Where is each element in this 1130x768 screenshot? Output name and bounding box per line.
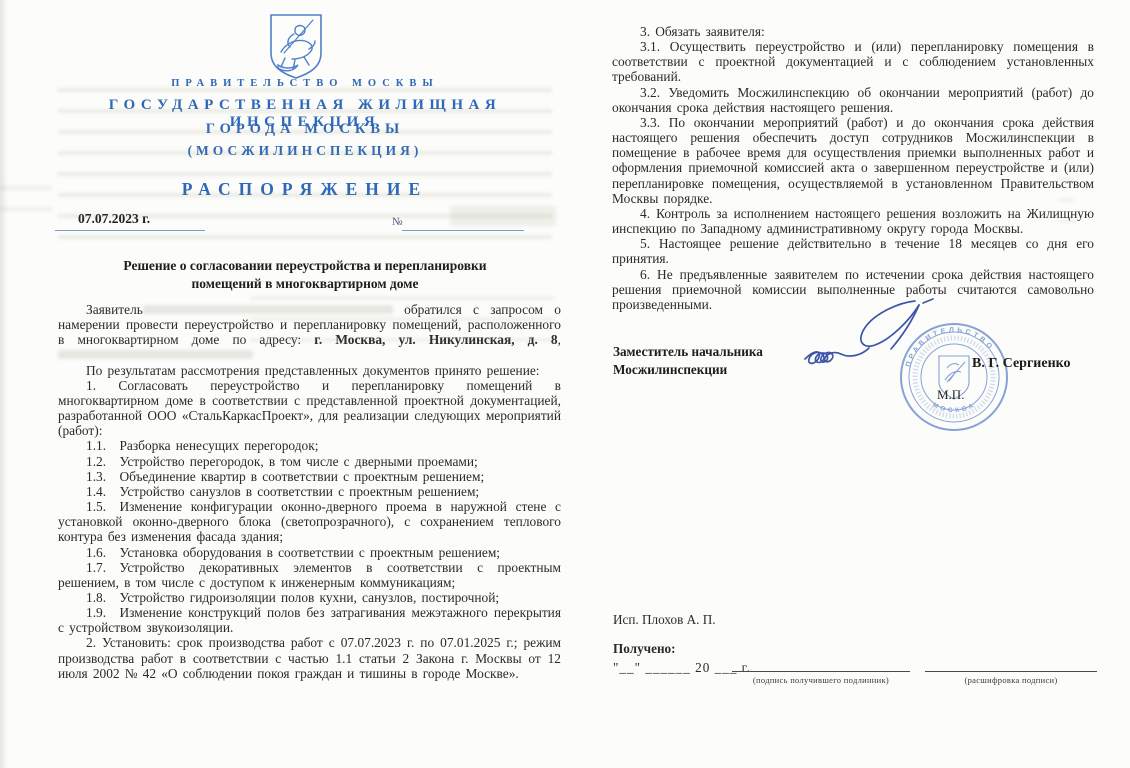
document-scan: ПРАВИТЕЛЬСТВО МОСКВЫ ГОСУДАРСТВЕННАЯ ЖИЛ…: [0, 0, 1130, 768]
government-line: ПРАВИТЕЛЬСТВО МОСКВЫ: [55, 78, 555, 89]
paragraph: Заявитель обратился с запросом о намерен…: [58, 302, 561, 363]
redacted-text: [58, 350, 253, 359]
paragraph: 1.8. Устройство гидроизоляции полов кухн…: [58, 590, 561, 605]
paragraph: 3.1. Осуществить переустройство и (или) …: [612, 39, 1094, 84]
signature-ink: [795, 293, 985, 378]
redacted-number: [450, 206, 556, 226]
paragraph: 1.3. Объединение квартир в соответствии …: [58, 469, 561, 484]
stamp-place-label: М.П.: [937, 387, 964, 403]
paragraph: 1.2. Устройство перегородок, в том числе…: [58, 454, 561, 469]
paragraph: 3.3. По окончании мероприятий (работ) и …: [612, 115, 1094, 206]
paragraph: 1.6. Установка оборудования в соответств…: [58, 545, 561, 560]
number-underline: [402, 230, 524, 231]
paragraph: 1.9. Изменение конструкций полов без зат…: [58, 605, 561, 635]
document-type-title: РАСПОРЯЖЕНИЕ: [55, 179, 555, 200]
signer-post-line1: Заместитель начальника: [613, 344, 763, 360]
signature-line-1-caption: (подпись получившего подлинник): [732, 675, 910, 685]
paragraph: 1. Согласовать переустройство и переплан…: [58, 378, 561, 439]
signature-line-2: [925, 671, 1097, 672]
redacted-text: [143, 305, 393, 314]
paragraph: По результатам рассмотрения представленн…: [58, 363, 561, 378]
signature-line-1: [732, 671, 910, 672]
received-label: Получено:: [613, 641, 676, 657]
paragraph: 1.1. Разборка ненесущих перегородок;: [58, 438, 561, 453]
signer-post-line2: Мосжилинспекции: [613, 362, 727, 378]
received-date-blank: "__" ______ 20 ___ г.: [613, 660, 751, 676]
paragraph: 4. Контроль за исполнением настоящего ре…: [612, 206, 1094, 236]
paragraph: 2. Установить: срок производства работ с…: [58, 635, 561, 680]
page2-body-text: 3. Обязать заявителя:3.1. Осуществить пе…: [612, 24, 1094, 312]
paragraph: 5. Настоящее решение действительно в теч…: [612, 236, 1094, 266]
org-name-line2: ГОРОДА МОСКВЫ: [55, 121, 555, 138]
signer-name: В. Г. Сергиенко: [972, 356, 1071, 372]
document-date: 07.07.2023 г.: [78, 211, 150, 227]
decision-title-line2: помещений в многоквартирном доме: [55, 276, 555, 292]
stamp-rim-bottom-text: МОСКВА: [931, 401, 977, 414]
executor-line: Исп. Плохов А. П.: [613, 612, 716, 628]
date-underline: [55, 230, 205, 231]
page1-body-text: Заявитель обратился с запросом о намерен…: [58, 302, 561, 681]
paragraph: 1.7. Устройство декоративных элементов в…: [58, 560, 561, 590]
org-name-line3: (МОСЖИЛИНСПЕКЦИЯ): [55, 143, 555, 159]
svg-text:МОСКВА: МОСКВА: [931, 401, 977, 414]
paragraph: 1.5. Изменение конфигурации оконно-дверн…: [58, 499, 561, 544]
paragraph: 3.2. Уведомить Мосжилинспекцию об оконча…: [612, 85, 1094, 115]
moscow-coat-of-arms-icon: [267, 12, 325, 80]
signature-line-2-caption: (расшифровка подписи): [925, 675, 1097, 685]
document-number-label: №: [392, 216, 403, 228]
paragraph: 3. Обязать заявителя:: [612, 24, 1094, 39]
bleed-through-ghost: [0, 186, 52, 216]
paragraph: 1.4. Устройство санузлов в соответствии …: [58, 484, 561, 499]
decision-title-line1: Решение о согласовании переустройства и …: [55, 258, 555, 274]
